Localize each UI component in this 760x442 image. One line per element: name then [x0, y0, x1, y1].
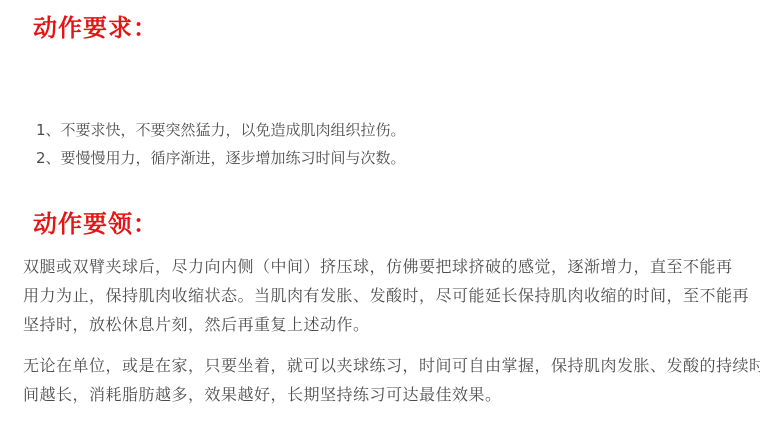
section-heading-action-essentials: 动作要领：: [33, 209, 158, 239]
paragraph-line: 无论在单位，或是在家，只要坐着，就可以夹球练习，时间可自由掌握，保持肌肉发胀、发…: [23, 351, 760, 380]
essentials-paragraph-2: 无论在单位，或是在家，只要坐着，就可以夹球练习，时间可自由掌握，保持肌肉发胀、发…: [23, 351, 760, 409]
paragraph-line: 用力为止，保持肌肉收缩状态。当肌肉有发胀、发酸时，尽可能延长保持肌肉收缩的时间，…: [23, 281, 749, 310]
paragraph-line: 间越长，消耗脂肪越多，效果越好，长期坚持练习可达最佳效果。: [23, 380, 760, 409]
requirements-list-item-2: 2、要慢慢用力，循序渐进，逐步增加练习时间与次数。: [36, 144, 406, 172]
requirements-list-item-1: 1、不要求快，不要突然猛力，以免造成肌肉组织拉伤。: [36, 116, 406, 144]
section-heading-action-requirements: 动作要求：: [33, 13, 158, 43]
requirements-list: 1、不要求快，不要突然猛力，以免造成肌肉组织拉伤。 2、要慢慢用力，循序渐进，逐…: [36, 116, 406, 172]
paragraph-line: 坚持时，放松休息片刻，然后再重复上述动作。: [23, 310, 749, 339]
product-description-page: 动作要求： 1、不要求快，不要突然猛力，以免造成肌肉组织拉伤。 2、要慢慢用力，…: [0, 0, 760, 442]
paragraph-line: 双腿或双臂夹球后，尽力向内侧（中间）挤压球，仿佛要把球挤破的感觉，逐渐增力，直至…: [23, 252, 749, 281]
essentials-paragraph-1: 双腿或双臂夹球后，尽力向内侧（中间）挤压球，仿佛要把球挤破的感觉，逐渐增力，直至…: [23, 252, 749, 339]
